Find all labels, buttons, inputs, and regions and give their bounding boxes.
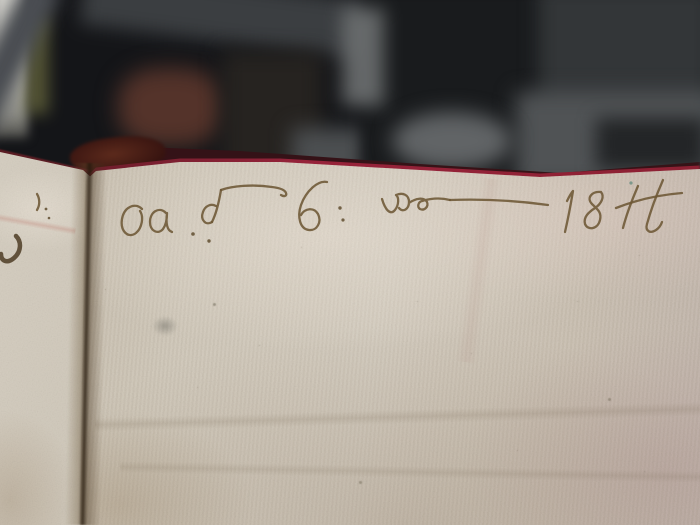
tt-crossbar: [616, 193, 682, 208]
ink-dot: [45, 208, 48, 211]
ink-flourish-cropped: [1, 236, 20, 261]
left-page-ink-marks: [1, 194, 50, 261]
green-speck: [629, 181, 632, 184]
tt-stem-2: [647, 180, 663, 232]
colon-dot: [341, 218, 344, 221]
book-photo-scene: oat: 6: voe —— 18tt: [0, 0, 700, 525]
ink-dot: [207, 239, 210, 242]
letter-o: [122, 206, 142, 235]
inscription-main: [122, 180, 682, 243]
word-voe: [382, 194, 450, 212]
tt-stem-1: [623, 186, 638, 228]
numeral-8: [585, 192, 603, 228]
ink-dot: [48, 217, 51, 220]
superscript-flourish: [221, 186, 286, 196]
ink-dot: [191, 232, 195, 236]
colon-dot: [338, 206, 341, 209]
letter-a: [150, 210, 172, 232]
handwritten-inscription: [0, 0, 700, 525]
ink-tick: [37, 194, 39, 210]
numeral-1: [565, 191, 573, 232]
numeral-6: [299, 182, 327, 230]
long-dash: [450, 200, 548, 205]
